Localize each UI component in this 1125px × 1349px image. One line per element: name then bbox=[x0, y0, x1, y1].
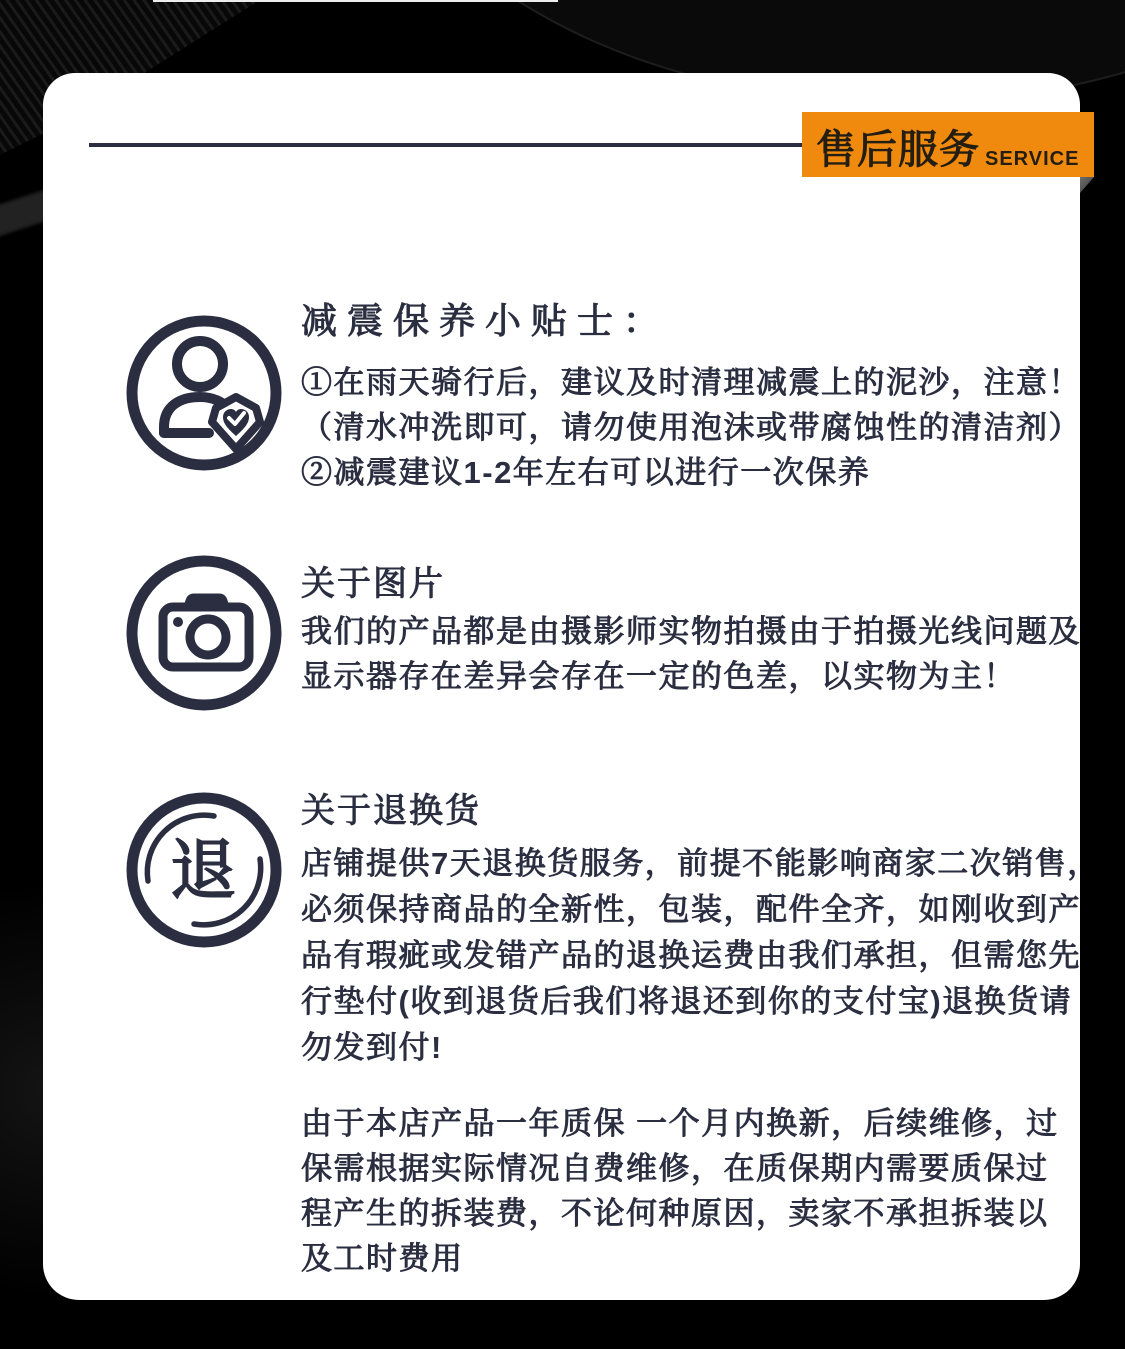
top-card-gap bbox=[153, 0, 558, 2]
header-rule-line bbox=[89, 143, 802, 147]
banner-title: 售后服务 bbox=[816, 130, 980, 170]
returns-line: 店铺提供7天退换货服务，前提不能影响商家二次销售， bbox=[301, 841, 1100, 887]
section-heading-photos: 关于图片 bbox=[301, 565, 445, 604]
tip-line: （清水冲洗即可，请勿使用泡沫或带腐蚀性的清洁剂） bbox=[301, 405, 1081, 450]
tip-line: ②减震建议1-2年左右可以进行一次保养 bbox=[301, 450, 1081, 495]
returns-line: 必须保持商品的全新性，包装，配件全齐，如刚收到产 bbox=[301, 887, 1100, 933]
returns-line: 行垫付(收到退货后我们将退还到你的支付宝)退换货请 bbox=[301, 979, 1100, 1025]
photos-line: 显示器存在差异会存在一定的色差，以实物为主！ bbox=[301, 654, 1081, 699]
maintenance-tips-text: ①在雨天骑行后，建议及时清理减震上的泥沙，注意！ （清水冲洗即可，请勿使用泡沫或… bbox=[301, 360, 1081, 495]
service-card: 减震保养小贴士： ①在雨天骑行后，建议及时清理减震上的泥沙，注意！ （清水冲洗即… bbox=[43, 73, 1080, 1300]
photos-disclaimer-text: 我们的产品都是由摄影师实物拍摄由于拍摄光线问题及 显示器存在差异会存在一定的色差… bbox=[301, 609, 1081, 699]
warranty-line: 程产生的拆装费，不论何种原因，卖家不承担拆装以 bbox=[301, 1191, 1059, 1236]
returns-line: 品有瑕疵或发错产品的退换运费由我们承担，但需您先 bbox=[301, 933, 1100, 979]
photos-line: 我们的产品都是由摄影师实物拍摄由于拍摄光线问题及 bbox=[301, 609, 1081, 654]
member-care-icon bbox=[123, 312, 285, 474]
after-sales-banner: 售后服务 SERVICE bbox=[802, 112, 1094, 177]
return-glyph: 退 bbox=[170, 833, 236, 907]
tip-line: ①在雨天骑行后，建议及时清理减震上的泥沙，注意！ bbox=[301, 360, 1081, 405]
section-heading-returns: 关于退换货 bbox=[301, 792, 481, 831]
warranty-line: 由于本店产品一年质保 一个月内换新，后续维修，过 bbox=[301, 1101, 1059, 1146]
returns-line: 勿发到付! bbox=[301, 1025, 1100, 1071]
warranty-policy-text: 由于本店产品一年质保 一个月内换新，后续维修，过 保需根据实际情况自费维修，在质… bbox=[301, 1101, 1059, 1281]
banner-fold-shadow bbox=[1080, 177, 1094, 193]
section-heading-maintenance: 减震保养小贴士： bbox=[301, 300, 669, 341]
returns-policy-text: 店铺提供7天退换货服务，前提不能影响商家二次销售， 必须保持商品的全新性，包装，… bbox=[301, 841, 1100, 1071]
warranty-line: 保需根据实际情况自费维修，在质保期内需要质保过 bbox=[301, 1146, 1059, 1191]
return-icon: 退 bbox=[123, 789, 285, 951]
warranty-line: 及工时费用 bbox=[301, 1236, 1059, 1281]
camera-icon bbox=[123, 552, 285, 714]
after-sales-page: 减震保养小贴士： ①在雨天骑行后，建议及时清理减震上的泥沙，注意！ （清水冲洗即… bbox=[0, 0, 1125, 1349]
banner-subtitle: SERVICE bbox=[985, 149, 1079, 170]
